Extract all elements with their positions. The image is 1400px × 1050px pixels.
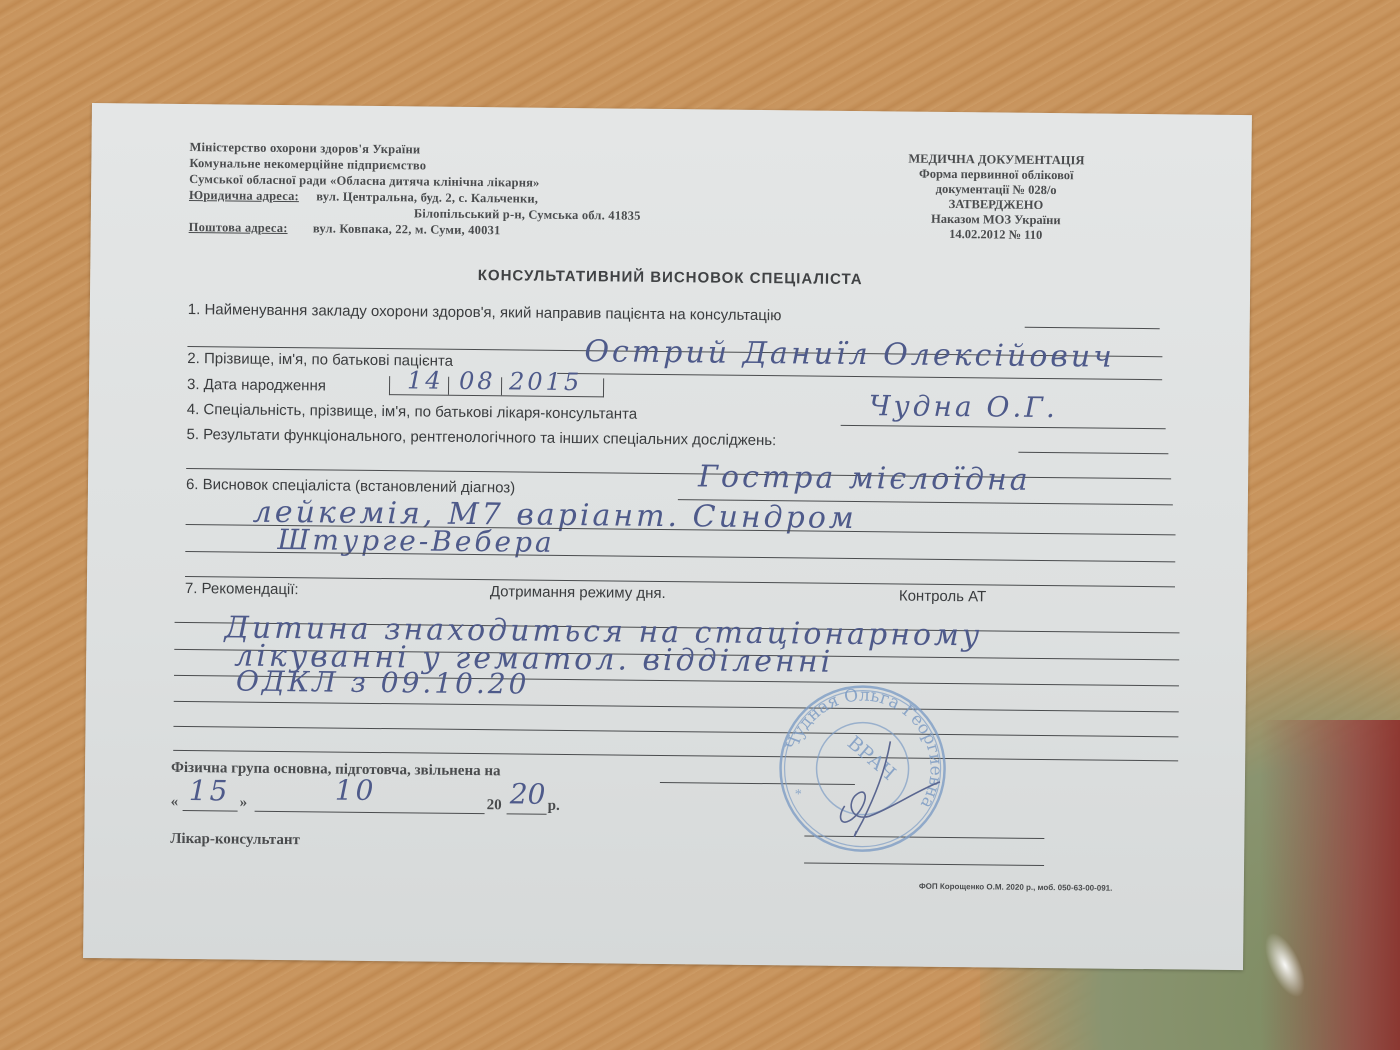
recommendation-line-3[interactable]: ОДКЛ з 09.10.20 <box>236 665 530 701</box>
field-4-label: 4. Спеціальність, прізвище, ім'я, по бат… <box>187 401 637 423</box>
field-5-line <box>1018 452 1168 455</box>
date-year-value[interactable]: 20 <box>510 777 546 810</box>
institution-header: Міністерство охорони здоров'я України Ко… <box>189 139 642 240</box>
desk-red-reflection <box>1260 720 1400 1050</box>
date-open-quote: « <box>171 794 179 811</box>
doctor-stamp: Чудная Ольга Георгиевна ВРАЧ * <box>774 680 951 857</box>
consultation-form: Міністерство охорони здоров'я України Ко… <box>83 103 1252 970</box>
form-approval-header: МЕДИЧНА ДОКУМЕНТАЦІЯ Форма первинної обл… <box>861 151 1132 244</box>
postal-address-value: вул. Ковпака, 22, м. Суми, 40031 <box>291 221 501 237</box>
diagnosis-line-1[interactable]: Гостра мієлоїдна <box>698 459 1031 497</box>
field-4-line <box>841 425 1166 429</box>
field-3-label: 3. Дата народження <box>187 376 326 394</box>
date-month-line <box>255 811 485 814</box>
field-6-line-3 <box>185 551 1175 562</box>
signature-line-2 <box>804 862 1044 866</box>
field-1-line <box>1025 327 1160 329</box>
date-day-value[interactable]: 15 <box>189 774 231 807</box>
field-7-line-5 <box>173 726 1178 738</box>
field-7-line-4 <box>174 701 1179 713</box>
date-separator <box>501 377 502 395</box>
field-1-label: 1. Найменування закладу охорони здоров'я… <box>188 301 782 324</box>
printer-note: ФОП Корощенко О.М. 2020 р., моб. 050-63-… <box>919 882 1113 893</box>
legal-address-label: Юридична адреса: <box>189 188 299 203</box>
doctor-consultant-label: Лікар-консультант <box>170 831 300 849</box>
date-day-line <box>183 810 238 812</box>
field-7-line-6 <box>173 750 1178 762</box>
consultant-value[interactable]: Чудна О.Г. <box>869 389 1058 424</box>
date-year-suffix: р. <box>548 798 560 815</box>
date-year-prefix: 20 <box>487 797 502 814</box>
date-year-line <box>507 813 547 814</box>
document-title: КОНСУЛЬТАТИВНИЙ ВИСНОВОК СПЕЦІАЛІСТА <box>90 263 1250 292</box>
date-month-value[interactable]: 10 <box>335 774 377 807</box>
date-separator <box>448 377 449 395</box>
field-7-label: 7. Рекомендації: <box>185 580 299 598</box>
birth-month-value[interactable]: 08 <box>459 367 496 395</box>
legal-address-line1: вул. Центральна, буд. 2, с. Кальченки, <box>302 189 538 205</box>
recommendation-daily-regime: Дотримання режиму дня. <box>490 583 666 602</box>
birth-day-value[interactable]: 14 <box>407 366 444 394</box>
stamp-star-icon: * <box>795 787 802 802</box>
stamp-inner-text: ВРАЧ <box>843 732 900 785</box>
date-close-quote: » <box>240 795 248 812</box>
birth-year-value[interactable]: 2015 <box>509 367 582 396</box>
field-6-label: 6. Висновок спеціаліста (встановлений ді… <box>186 476 515 496</box>
patient-name-value[interactable]: Острий Даниїл Олексійович <box>584 334 1115 375</box>
recommendation-bp-control: Контроль АТ <box>899 587 987 605</box>
order-date-number: 14.02.2012 № 110 <box>861 226 1131 244</box>
field-5-label: 5. Результати функціонального, рентгенол… <box>186 426 776 449</box>
field-6-line-4 <box>185 576 1175 587</box>
postal-address-label: Поштова адреса: <box>189 220 288 235</box>
